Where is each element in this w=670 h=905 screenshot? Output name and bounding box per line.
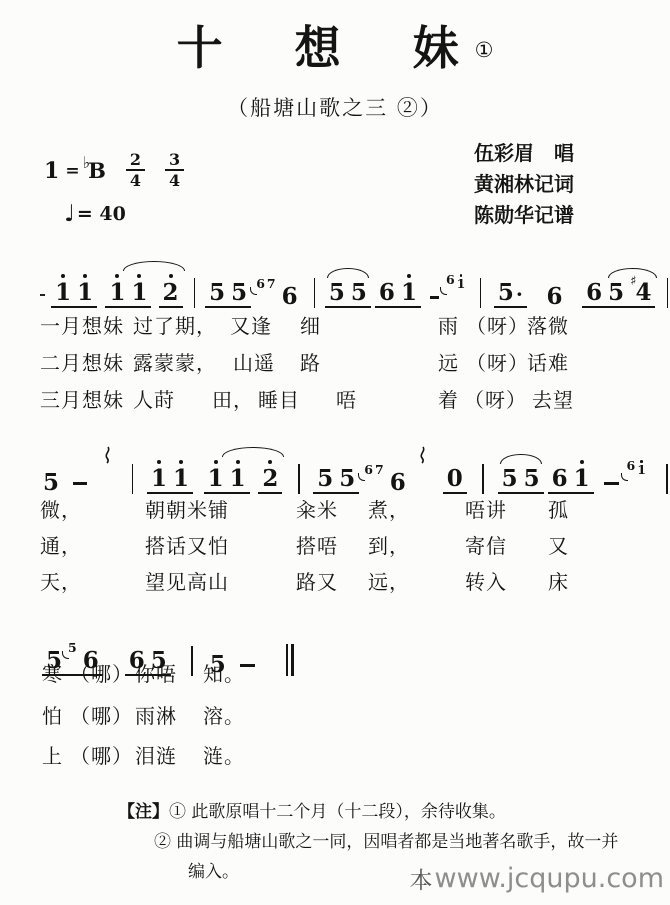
note-digit: 0: [447, 467, 463, 490]
jianpu-note: 5: [317, 467, 333, 490]
lyric-segment: 睡目: [258, 384, 300, 413]
jianpu-note: 6: [390, 471, 406, 494]
solfa-one: 1: [44, 158, 59, 184]
equals-sign: =: [65, 161, 79, 181]
lyric-segment: 籴米: [296, 494, 338, 523]
octave-dot: [61, 274, 65, 278]
augmentation-dot: ·: [516, 284, 523, 304]
bar-line: [132, 464, 134, 494]
meter-numerator: 3: [165, 152, 184, 169]
lyric-line: 微，朝朝米铺籴米煮，唔讲孤: [0, 494, 670, 521]
jianpu-note: 5: [231, 281, 247, 304]
time-signature-3-4: 3 4: [165, 152, 184, 189]
grace-note: 1: [637, 460, 646, 476]
lyric-segment: 又: [548, 530, 569, 559]
note-digit: 1: [208, 467, 224, 490]
grace-note: 5: [68, 642, 77, 655]
lyric-segment: 过了期，: [133, 310, 217, 339]
spacer: [185, 307, 192, 308]
site-logo-icon: 本: [410, 862, 433, 895]
spacer: [566, 307, 581, 308]
grace-notes: 67: [255, 278, 276, 291]
jianpu-note: 5: [502, 467, 518, 490]
note-digit: 1: [173, 467, 189, 490]
lyric-segment: 山遥: [233, 347, 275, 376]
note-digit: 5: [608, 281, 624, 304]
beam-group: 65♯4: [582, 281, 655, 308]
lyric-line: 通，搭话又怕搭唔到，寄信又: [0, 530, 670, 557]
duration-dash: [73, 482, 87, 485]
note-digit: 7: [375, 464, 384, 477]
grace-notes: 5: [67, 642, 78, 655]
note-digit: 5: [498, 281, 514, 304]
lyric-segment: 到，: [368, 530, 410, 559]
lyric-segment: 望见高山: [145, 566, 229, 595]
meter-denominator: 4: [165, 169, 184, 189]
beam-group: 11: [51, 274, 97, 308]
note-digit: 1: [230, 467, 246, 490]
lyric-segment: 细: [300, 310, 321, 339]
lyric-segment: （呀）: [466, 347, 529, 376]
footnote-label: 【注】: [118, 798, 169, 828]
time-signature-2-4: 2 4: [126, 152, 145, 189]
lyric-segment: 知。: [203, 658, 245, 687]
jianpu-note: 5: [329, 281, 345, 304]
lyric-segment: 怕: [42, 700, 63, 729]
beam-group: 0: [443, 467, 467, 494]
key-tonic: B: [88, 158, 106, 183]
note-digit: 1: [457, 278, 466, 291]
jianpu-note: 1: [131, 274, 147, 304]
grace-note: 7: [375, 464, 384, 477]
tempo-value: = 40: [77, 203, 126, 225]
lyric-segment: 一月想妹: [40, 310, 124, 339]
lyric-segment: 涟。: [203, 740, 245, 769]
octave-dot: [268, 460, 272, 464]
note-digit: 6: [446, 274, 455, 287]
lyric-segment: 二月想妹: [40, 347, 124, 376]
jianpu-note: 5: [351, 281, 367, 304]
jianpu-note: 6: [552, 467, 568, 490]
jianpu-note: 6: [379, 281, 395, 304]
beam-group: 2: [258, 460, 282, 494]
note-digit: 2: [262, 467, 278, 490]
jianpu-note: 2: [163, 274, 179, 304]
slur-arc: [500, 454, 542, 464]
note-digit: 6: [390, 471, 406, 494]
note-digit: 5: [502, 467, 518, 490]
jianpu-note: 1: [208, 460, 224, 490]
spacer: [657, 307, 664, 308]
beam-group: 55: [325, 281, 371, 308]
note-digit: 5: [524, 467, 540, 490]
lyric-segment: 露蒙蒙，: [133, 347, 217, 376]
note-digit: 1: [55, 281, 71, 304]
beam-group: 61: [548, 460, 594, 494]
grace-note: 7: [267, 278, 276, 291]
lyric-line: 上（哪）泪涟涟。: [0, 740, 670, 767]
note-digit: 6: [282, 285, 298, 308]
lyric-segment: （哪）: [70, 740, 133, 769]
spacer: [197, 307, 203, 308]
lyric-segment: 搭唔: [296, 530, 338, 559]
jianpu-note: 0: [447, 467, 463, 490]
note-digit: 6: [256, 278, 265, 291]
lyric-segment: 泪涟: [135, 740, 177, 769]
lyric-segment: 溶。: [203, 700, 245, 729]
note-digit: 6: [627, 460, 636, 473]
lyric-segment: 唔讲: [465, 494, 507, 523]
octave-dot: [236, 460, 240, 464]
note-digit: 1: [77, 281, 93, 304]
note-digit: 1: [401, 281, 417, 304]
credit-singer: 伍彩眉 唱: [474, 138, 574, 169]
octave-dot: [169, 274, 173, 278]
note-digit: 6: [586, 281, 602, 304]
jianpu-note: 1: [574, 460, 590, 490]
jianpu-note: 6: [282, 285, 298, 308]
lyric-segment: 寄信: [465, 530, 507, 559]
octave-dot: [580, 460, 584, 464]
lyric-segment: （呀）: [466, 310, 529, 339]
lyric-segment: 朝朝米铺: [145, 494, 229, 523]
lyric-segment: 落微: [527, 310, 569, 339]
title-footnote-ref: ①: [475, 38, 494, 62]
lyric-line: 三月想妹人莳田，睡目唔着（呀）去望: [0, 384, 670, 411]
jianpu-note: 5·: [498, 281, 523, 304]
note-digit: 7: [267, 278, 276, 291]
lyric-segment: 田，: [212, 384, 254, 413]
note-digit: 6: [379, 281, 395, 304]
lyric-segment: 天，: [40, 566, 82, 595]
footnote-line-2: ② 曲调与船塘山歌之一同，因唱者都是当地著名歌手，故一并: [154, 828, 648, 858]
grace-note: 6: [364, 464, 373, 477]
jianpu-note: 1: [55, 274, 71, 304]
bar-line: [298, 464, 300, 494]
note-digit: 5: [231, 281, 247, 304]
lyric-line: 一月想妹过了期，又逢细雨（呀）落微: [0, 310, 670, 337]
octave-dot: [179, 460, 183, 464]
slur-arc: [222, 447, 284, 457]
jianpu-note: 2: [262, 460, 278, 490]
grace-notes: 61: [445, 274, 466, 290]
grace-notes: 61: [626, 460, 647, 476]
spacer: [317, 307, 323, 308]
lyric-segment: 搭话又怕: [145, 530, 229, 559]
note-digit: 1: [151, 467, 167, 490]
jianpu-note: 1: [77, 274, 93, 304]
lyric-line: 二月想妹露蒙蒙，山遥路远（呀）话难: [0, 347, 670, 374]
note-digit: 1: [574, 467, 590, 490]
lyric-segment: （呀）: [464, 384, 527, 413]
music-line: 11112556765561615·665♯4: [0, 250, 670, 308]
slur-arc: [608, 268, 657, 278]
duration-dash: [430, 296, 439, 299]
octave-dot: [83, 274, 87, 278]
bar-line: [482, 464, 484, 494]
lyric-segment: 雨淋: [135, 700, 177, 729]
grace-note: 6: [627, 460, 636, 473]
breath-mark-icon: [418, 446, 427, 468]
grace-note: 6: [446, 274, 455, 287]
credits-block: 伍彩眉 唱 黄湘林记词 陈勋华记谱: [474, 138, 574, 231]
lyric-segment: 人莳: [133, 384, 175, 413]
beam-group: 55: [313, 467, 359, 494]
note-digit: 1: [131, 281, 147, 304]
octave-dot: [214, 460, 218, 464]
note-digit: 4: [635, 281, 651, 304]
jianpu-note: 1: [230, 460, 246, 490]
lyric-segment: 路: [300, 347, 321, 376]
meter-denominator: 4: [126, 169, 145, 189]
note-digit: 5: [351, 281, 367, 304]
lyric-segment: 上: [42, 740, 63, 769]
beam-group: 61: [375, 274, 421, 308]
jianpu-note: 1: [151, 460, 167, 490]
octave-dot: [137, 274, 141, 278]
credit-music-recorder: 陈勋华记谱: [474, 200, 574, 231]
meter-numerator: 2: [126, 152, 145, 169]
lyric-line: 怕（哪）雨淋溶。: [0, 700, 670, 727]
jianpu-note: 5: [608, 281, 624, 304]
jianpu-note: 1: [109, 274, 125, 304]
lyric-segment: （哪）: [70, 700, 133, 729]
sheet-music-page: 十想妹 ① （船塘山歌之三 ②） 1 = ♭ B 2 4 3 4 ♩ = 40 …: [0, 0, 670, 905]
lyric-segment: 微，: [40, 494, 82, 523]
lyric-segment: 唔: [336, 384, 357, 413]
note-digit: 5: [329, 281, 345, 304]
note-digit: 5: [209, 281, 225, 304]
lyric-line: 寒（哪）你唔知。: [0, 658, 670, 685]
beam-group: 5·: [494, 281, 527, 308]
jianpu-note: 6: [586, 281, 602, 304]
beam-group: 2: [159, 274, 183, 308]
music-line: 511112556760556161: [0, 436, 670, 494]
jianpu-note: 5: [339, 467, 355, 490]
note-digit: 1: [637, 464, 646, 477]
spacer: [442, 307, 443, 308]
duration-dash: [604, 482, 618, 485]
slur-arc: [327, 268, 369, 278]
key-signature: 1 = ♭ B 2 4 3 4: [44, 152, 184, 189]
note-digit: 1: [109, 281, 125, 304]
lyric-segment: 去望: [532, 384, 574, 413]
beam-group: 55: [498, 467, 544, 494]
lyric-segment: 远: [438, 347, 459, 376]
lyric-segment: 远，: [368, 566, 410, 595]
lyric-segment: 孤: [548, 494, 569, 523]
lyric-segment: 你唔: [135, 658, 177, 687]
jianpu-note: 5: [209, 281, 225, 304]
bar-line: [314, 278, 315, 308]
lyric-segment: 又逢: [230, 310, 272, 339]
lyric-segment: 雨: [438, 310, 459, 339]
note-digit: 6: [364, 464, 373, 477]
breath-mark-icon: [103, 446, 112, 468]
credit-lyrics-recorder: 黄湘林记词: [474, 169, 574, 200]
quarter-note-icon: ♩: [64, 200, 75, 227]
octave-dot: [115, 274, 119, 278]
note-digit: 2: [163, 281, 179, 304]
lyric-segment: 路又: [296, 566, 338, 595]
lyric-segment: 转入: [465, 566, 507, 595]
lyric-segment: 通，: [40, 530, 82, 559]
note-digit: 6: [546, 285, 562, 308]
note-digit: 5: [43, 471, 59, 494]
tempo-marking: ♩ = 40: [64, 200, 126, 227]
lyric-segment: 煮，: [368, 494, 410, 523]
tick-mark: [40, 294, 45, 297]
spacer: [45, 307, 49, 308]
beam-group: 11: [147, 460, 193, 494]
lyric-segment: 三月想妹: [40, 384, 124, 413]
spacer: [468, 307, 478, 308]
octave-dot: [407, 274, 411, 278]
note-digit: 5: [317, 467, 333, 490]
jianpu-note: 6: [546, 285, 562, 308]
spacer: [529, 307, 544, 308]
lyric-segment: 话难: [527, 347, 569, 376]
site-watermark: 本 www.jcqupu.com: [410, 862, 664, 895]
jianpu-note: 5: [524, 467, 540, 490]
song-subtitle: （船塘山歌之三 ②）: [0, 92, 670, 122]
lyric-segment: 着: [438, 384, 459, 413]
slur-arc: [123, 261, 185, 271]
note-digit: 5: [339, 467, 355, 490]
spacer: [99, 307, 103, 308]
grace-note: 6: [256, 278, 265, 291]
lyric-line: 天，望见高山路又远，转入床: [0, 566, 670, 593]
jianpu-note: 5: [43, 471, 59, 494]
beam-group: 55: [205, 281, 251, 308]
title-row: 十想妹 ①: [0, 12, 670, 78]
lyric-segment: （哪）: [70, 658, 133, 687]
note-digit: 6: [552, 467, 568, 490]
watermark-url: www.jcqupu.com: [435, 863, 664, 894]
flat-sign-icon: ♭: [83, 153, 91, 172]
grace-note: 1: [457, 274, 466, 290]
spacer: [153, 307, 156, 308]
lyric-segment: 床: [548, 566, 569, 595]
note-digit: 5: [68, 642, 77, 655]
footnote-line-1: ① 此歌原唱十二个月（十二段），余待收集。: [169, 798, 506, 828]
spacer: [483, 307, 492, 308]
lyric-segment: 寒: [42, 658, 63, 687]
bar-line: [666, 464, 668, 494]
bar-line: [480, 278, 481, 308]
beam-group: 11: [105, 274, 151, 308]
jianpu-note: 1: [401, 274, 417, 304]
octave-dot: [157, 460, 161, 464]
beam-group: 11: [204, 460, 250, 494]
grace-notes: 67: [363, 464, 384, 477]
spacer: [423, 307, 427, 308]
spacer: [301, 307, 312, 308]
jianpu-note: 1: [173, 460, 189, 490]
bar-line: [667, 278, 668, 308]
jianpu-note: ♯4: [630, 281, 651, 304]
bar-line: [194, 278, 195, 308]
